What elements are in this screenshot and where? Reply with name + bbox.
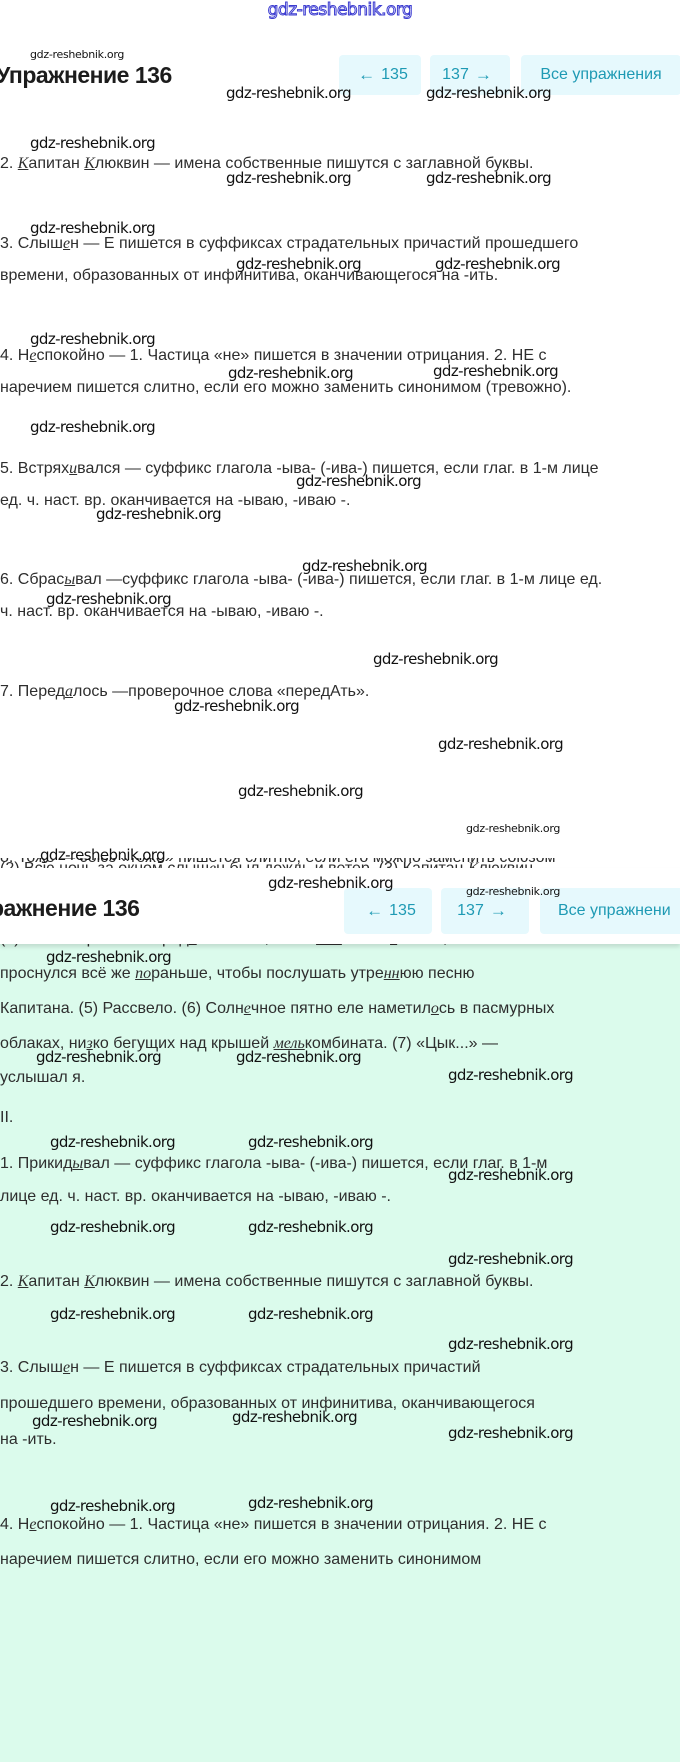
next-exercise-label: 137	[457, 902, 484, 920]
watermark-text: gdz-reshebnik.org	[248, 1494, 373, 1512]
text-line: Капитана. (5) Рассвело. (6) Солнечное пя…	[0, 991, 680, 1027]
prev-exercise-label: 135	[381, 66, 408, 84]
watermark-text: gdz-reshebnik.org	[238, 782, 363, 800]
watermark-text: gdz-reshebnik.org	[36, 1048, 161, 1066]
watermark-text: gdz-reshebnik.org	[232, 1408, 357, 1426]
watermark-text: gdz-reshebnik.org	[236, 1048, 361, 1066]
watermark-text: gdz-reshebnik.org	[30, 134, 155, 152]
watermark-text: gdz-reshebnik.org	[448, 1166, 573, 1184]
prev-exercise-button[interactable]: ← 135	[339, 55, 421, 95]
watermark-text: gdz-reshebnik.org	[448, 1424, 573, 1442]
page-title: Упражнение 136	[0, 62, 172, 89]
arrow-left-icon: ←	[366, 901, 383, 921]
watermark-text: gdz-reshebnik.org	[248, 1218, 373, 1236]
watermark-text: gdz-reshebnik.org	[426, 84, 551, 102]
watermark-text: gdz-reshebnik.org	[448, 1335, 573, 1353]
arrow-right-icon: →	[490, 901, 507, 921]
watermark-text: gdz-reshebnik.org	[50, 1497, 175, 1515]
next-exercise-label: 137	[442, 66, 469, 84]
answer-item: 3. Слышен — Е пишется в суффиксах страда…	[0, 1350, 680, 1386]
watermark-text: gdz-reshebnik.org	[96, 505, 221, 523]
watermark-text: gdz-reshebnik.org	[466, 822, 560, 835]
watermark-text: gdz-reshebnik.org	[50, 1305, 175, 1323]
watermark-text: gdz-reshebnik.org	[248, 1305, 373, 1323]
watermark-text: gdz-reshebnik.org	[433, 362, 558, 380]
watermark-text: gdz-reshebnik.org	[435, 255, 560, 273]
arrow-right-icon: →	[475, 65, 492, 85]
answer-item-cont: наречием пишется слитно, если его можно …	[0, 1542, 680, 1578]
arrow-left-icon: ←	[358, 65, 375, 85]
watermark-text: gdz-reshebnik.org	[426, 169, 551, 187]
watermark-text: gdz-reshebnik.org	[438, 735, 563, 753]
answer-item: 7. Передалось —проверочное слова «передА…	[0, 674, 680, 710]
all-exercises-button-sticky[interactable]: Все упражнени	[540, 888, 680, 934]
prev-exercise-label: 135	[389, 902, 416, 920]
watermark-text: gdz-reshebnik.org	[32, 1412, 157, 1430]
page-title-sticky: ражнение 136	[0, 895, 139, 922]
top-watermark: gdz-reshebnik.org	[0, 0, 680, 20]
watermark-text: gdz-reshebnik.org	[448, 1066, 573, 1084]
watermark-text: gdz-reshebnik.org	[448, 1250, 573, 1268]
watermark-text: gdz-reshebnik.org	[30, 48, 124, 61]
watermark-text: gdz-reshebnik.org	[30, 418, 155, 436]
part-2-heading: II.	[0, 1100, 680, 1136]
prev-exercise-button-sticky[interactable]: ← 135	[344, 888, 432, 934]
answer-item: 1. Прикидывал — суффикс глагола -ыва- (-…	[0, 1146, 680, 1182]
watermark-text: gdz-reshebnik.org	[302, 557, 427, 575]
answer-item: 2. Капитан Клюквин — имена собственные п…	[0, 1264, 680, 1300]
watermark-text: gdz-reshebnik.org	[236, 255, 361, 273]
watermark-text: gdz-reshebnik.org	[30, 219, 155, 237]
watermark-text: gdz-reshebnik.org	[296, 472, 421, 490]
watermark-text: gdz-reshebnik.org	[50, 1133, 175, 1151]
watermark-text: gdz-reshebnik.org	[268, 874, 393, 892]
watermark-text: gdz-reshebnik.org	[50, 1218, 175, 1236]
answer-item-cont: лице ед. ч. наст. вр. оканчивается на -ы…	[0, 1179, 680, 1215]
watermark-text: gdz-reshebnik.org	[228, 364, 353, 382]
watermark-text: gdz-reshebnik.org	[373, 650, 498, 668]
watermark-text: gdz-reshebnik.org	[46, 948, 171, 966]
watermark-text: gdz-reshebnik.org	[174, 697, 299, 715]
watermark-text: gdz-reshebnik.org	[248, 1133, 373, 1151]
watermark-text: gdz-reshebnik.org	[466, 885, 560, 898]
watermark-text: gdz-reshebnik.org	[40, 846, 165, 864]
watermark-text: gdz-reshebnik.org	[30, 330, 155, 348]
watermark-text: gdz-reshebnik.org	[226, 84, 351, 102]
watermark-text: gdz-reshebnik.org	[46, 590, 171, 608]
watermark-text: gdz-reshebnik.org	[226, 169, 351, 187]
